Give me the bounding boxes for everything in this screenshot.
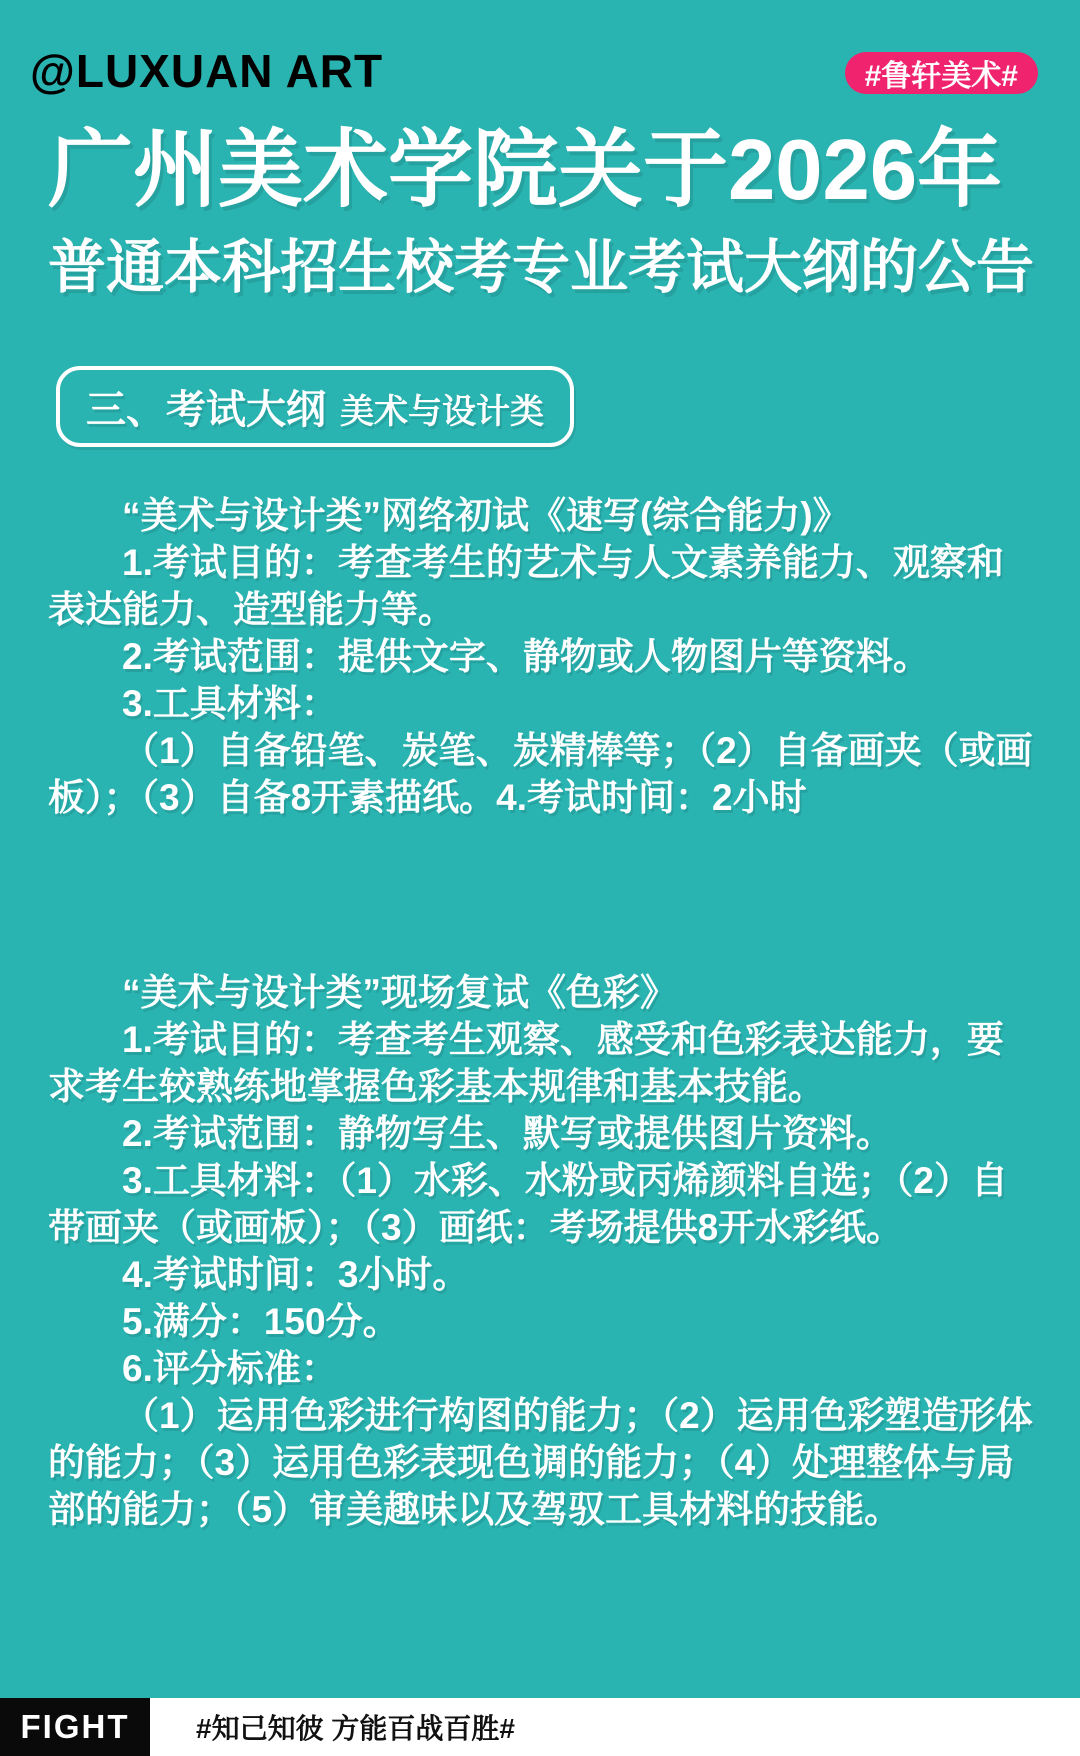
paragraph: 1.考试目的：考查考生观察、感受和色彩表达能力，要求考生较熟练地掌握色彩基本规律… [48,1016,1040,1110]
paragraph: 1.考试目的：考查考生的艺术与人文素养能力、观察和表达能力、造型能力等。 [48,539,1040,633]
footer-bar: FIGHT #知己知彼 方能百战百胜# [0,1698,1080,1756]
paragraph: （1）运用色彩进行构图的能力；（2）运用色彩塑造形体的能力；（3）运用色彩表现色… [48,1392,1040,1533]
paragraph: 3.工具材料：（1）水彩、水粉或丙烯颜料自选；（2）自带画夹（或画板）；（3）画… [48,1157,1040,1251]
fight-tag: FIGHT [0,1698,150,1756]
paragraph: 3.工具材料： [48,680,1040,727]
section-heading: “美术与设计类”网络初试《速写(综合能力)》 [48,492,1040,539]
poster-title: 广州美术学院关于2026年 普通本科招生校考专业考试大纲的公告 [48,128,1034,297]
paragraph: 5.满分：150分。 [48,1298,1040,1345]
exam-section-sketch: “美术与设计类”网络初试《速写(综合能力)》 1.考试目的：考查考生的艺术与人文… [48,492,1040,821]
section-label-title: 三、考试大纲 [86,378,326,435]
brand-text: @LUXUAN ART [30,44,383,98]
paragraph: 4.考试时间：3小时。 [48,1251,1040,1298]
hashtag-badge: #鲁轩美术# [845,52,1038,94]
paragraph: 6.评分标准： [48,1345,1040,1392]
poster: @LUXUAN ART #鲁轩美术# 广州美术学院关于2026年 普通本科招生校… [0,0,1080,1756]
paragraph: 2.考试范围：提供文字、静物或人物图片等资料。 [48,633,1040,680]
exam-section-color: “美术与设计类”现场复试《色彩》 1.考试目的：考查考生观察、感受和色彩表达能力… [48,969,1040,1533]
section-heading: “美术与设计类”现场复试《色彩》 [48,969,1040,1016]
section-label-category: 美术与设计类 [340,384,544,433]
poster-title-line2: 普通本科招生校考专业考试大纲的公告 [48,239,1034,297]
section-label-box: 三、考试大纲 美术与设计类 [56,366,574,447]
footer-slogan: #知己知彼 方能百战百胜# [196,1707,515,1747]
paragraph: 2.考试范围：静物写生、默写或提供图片资料。 [48,1110,1040,1157]
poster-title-line1: 广州美术学院关于2026年 [48,128,1034,213]
paragraph: （1）自备铅笔、炭笔、炭精棒等；（2）自备画夹（或画板）；（3）自备8开素描纸。… [48,727,1040,821]
body-content: “美术与设计类”网络初试《速写(综合能力)》 1.考试目的：考查考生的艺术与人文… [48,492,1040,1533]
